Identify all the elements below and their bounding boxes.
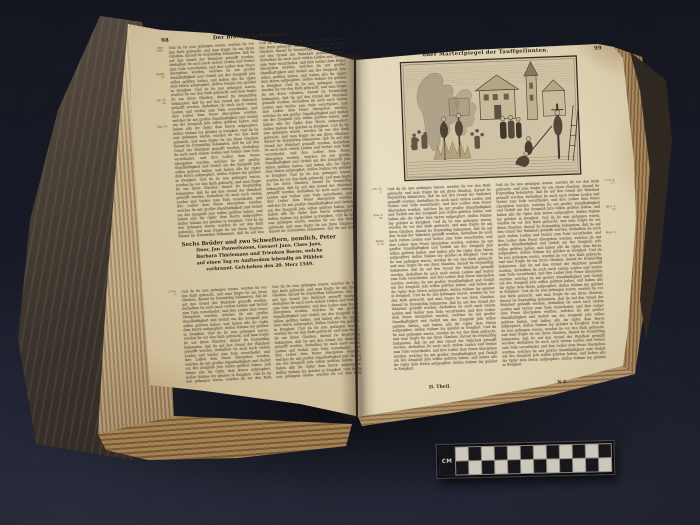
part-label: II. Theil.: [379, 382, 501, 392]
margin-note: 2 Tim. 2.: [165, 290, 176, 297]
text-column: Und da ſie nun gefangen waren, wurden ſi…: [259, 37, 354, 233]
margin-note: Matth. 5. 10.: [373, 240, 384, 247]
left-lower-columns: 2 Tim. 2. Und da ſie nun gefangen waren,…: [165, 281, 362, 385]
martyrdom-engraving: [399, 55, 581, 182]
text-column: Und da ſie nun gefangen waren, wurden ſi…: [272, 281, 362, 379]
text-column: Und da ſie nun gefangen waren, wurden ſi…: [181, 285, 271, 383]
photo-scale-bar: CM: [437, 441, 615, 478]
left-page-number: 98: [155, 36, 184, 44]
scale-cm-label: CM: [439, 447, 456, 476]
margin-note: Rom. 8. 36.: [372, 214, 383, 221]
text-column: Und da ſie nun gefangen waren, wurden ſi…: [168, 42, 263, 238]
right-columns: Joh. 16. 2. Rom. 8. 36. Matth. 5. 10. Un…: [371, 179, 622, 383]
margin-note: Pſal. 34.: [157, 125, 168, 129]
text-column: Und da ſie nun gefangen waren, wurden ſi…: [387, 183, 498, 382]
signature-mark: N 2: [501, 377, 623, 387]
scale-checker: [455, 443, 613, 476]
margin-note: Joh. 15. 20.: [155, 99, 166, 106]
margin-note: Heb. 11.: [606, 231, 617, 235]
right-page-content: oder Marterſpiegel der Tauffgeſinnten. 9…: [366, 45, 623, 404]
margin-note: Joh. 16. 2.: [371, 187, 382, 194]
margin-note: Anno 1549.: [152, 46, 163, 53]
margin-note: 2 Cor. 4. 17.: [604, 179, 615, 186]
margin-note: Apoc. 2. 10.: [605, 205, 616, 212]
margin-note: Matth. 10.: [154, 73, 165, 80]
photo-stage: 98 Der blutige Schauplatz, Anno 1549. Ma…: [0, 0, 700, 525]
text-column: Und da ſie nun gefangen waren, wurden ſi…: [496, 179, 607, 378]
left-upper-columns: Anno 1549. Matth. 10. Joh. 15. 20. Pſal.…: [152, 37, 354, 239]
left-page-content: 98 Der blutige Schauplatz, Anno 1549. Ma…: [152, 28, 362, 390]
right-page-number: 99: [579, 45, 607, 52]
